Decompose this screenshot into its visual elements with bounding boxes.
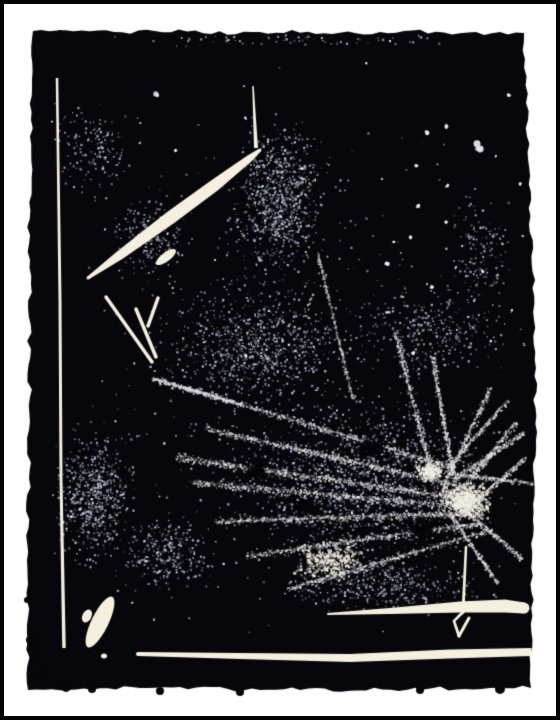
artwork-page: Abstract black monotype print: a rough-e… bbox=[0, 0, 560, 720]
artwork-canvas bbox=[0, 0, 560, 720]
